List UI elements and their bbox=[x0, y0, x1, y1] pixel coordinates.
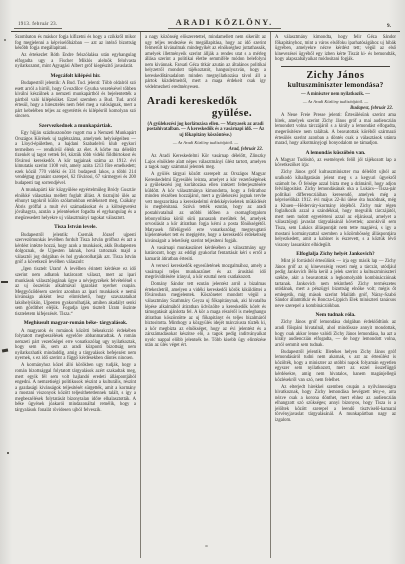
newspaper-page: 1913. február 23. ARADI KÖZLÖNY. 9. Szom… bbox=[0, 0, 405, 564]
body-paragraph: „Igen tisztelt Uram! A levélben érintett… bbox=[15, 267, 136, 317]
article-dateline: Arad, február 22. bbox=[145, 147, 263, 152]
body-paragraph: A munkapárti kör közgyülése egyértelmüle… bbox=[15, 188, 136, 221]
body-paragraph: Budapestről jelentik: Illetékes helyen Z… bbox=[275, 350, 396, 383]
body-paragraph: A magyarok és románok közötti békeakczió… bbox=[15, 329, 136, 362]
masthead-date: 1913. február 23. bbox=[14, 22, 62, 29]
body-paragraph: A Magyar Tudósitó, az események felől jó… bbox=[275, 158, 396, 169]
headline-line: Aradi kereskedők bbox=[145, 95, 266, 107]
body-paragraph: Zichy János gróf kultuszminiszter ma dél… bbox=[275, 170, 396, 248]
body-paragraph: A verseci kereskedők egyesületének mozga… bbox=[145, 264, 266, 281]
article-heading: Nem tudnak róla. bbox=[279, 312, 392, 318]
article-heading: Megcáfolt kilépési hir. bbox=[19, 73, 132, 79]
body-paragraph: a nagy közönség előszeretettel, mindamel… bbox=[145, 35, 266, 90]
article-heading: Tisza István levele. bbox=[19, 224, 132, 230]
body-paragraph: Domány Sándor tett ezután jelentést arró… bbox=[145, 282, 266, 349]
article-byline: — Az Aradi Közlöny tudósitójától. — bbox=[145, 140, 266, 145]
columns: Szombaton és máskor fogja kifizetni és h… bbox=[11, 32, 400, 558]
body-paragraph: Zichy János gróf lemondása dolgában érde… bbox=[275, 320, 396, 348]
article-subtitle: (A gyülekezési jog korlátozása ellen. — … bbox=[146, 122, 265, 139]
body-paragraph: A kormányhoz közel álló körökben ugy tud… bbox=[15, 363, 136, 413]
scan-artifact-dot bbox=[7, 452, 9, 454]
article-subtitle: — A miniszter nem nyilatkozik. — bbox=[276, 92, 395, 98]
headline-line: kultuszminiszter lemondása? bbox=[275, 81, 396, 90]
page-number: 9. bbox=[387, 23, 397, 29]
article-heading: Meghiusult magyar-román béke- tárgyaláso… bbox=[19, 320, 132, 326]
page-content: 1913. február 23. ARADI KÖZLÖNY. 9. Szom… bbox=[11, 16, 400, 558]
column-left: Szombaton és máskor fogja kifizetni és h… bbox=[11, 32, 140, 558]
scan-artifact-dot bbox=[4, 39, 6, 41]
headline-line: gyülése. bbox=[145, 107, 266, 119]
article-headline: Aradi kereskedők gyülése. bbox=[145, 95, 266, 119]
masthead: 1913. február 23. ARADI KÖZLÖNY. 9. bbox=[11, 16, 400, 32]
body-paragraph: A vasárnapi munkaszünet kérdésében a vál… bbox=[145, 246, 266, 263]
body-paragraph: Az Aradi Kereskedelmi Kör vasárnap délel… bbox=[145, 154, 266, 171]
section-divider bbox=[281, 66, 390, 67]
body-paragraph: Szombaton és máskor fogja kifizetni és h… bbox=[15, 35, 136, 52]
body-paragraph: Az értekezlet Róth Endre felszólalása ut… bbox=[15, 53, 136, 70]
article-headline: Zichy János kultuszminiszter lemondása? bbox=[275, 70, 396, 90]
body-paragraph: Egy hijján százhuszonötre rugott ma a Ne… bbox=[15, 131, 136, 186]
body-paragraph: A Neue Freie Presse jelenti: Értesülésün… bbox=[275, 113, 396, 146]
article-dateline: Budapest, február 22. bbox=[275, 106, 393, 111]
article-byline: — Az Aradi Közlöny tudósitójától. — bbox=[275, 99, 396, 104]
scan-artifact-mark bbox=[2, 348, 8, 352]
body-paragraph: Budapestről jelentik: Csernák József ujp… bbox=[15, 233, 136, 266]
body-paragraph: A választmány kimondta, hogy felir Géza … bbox=[275, 35, 396, 63]
scan-artifact-dash bbox=[1, 281, 8, 283]
article-heading: Szervezkednek a munkapártiak. bbox=[19, 123, 132, 129]
article-heading: Elfoglalja Zichy helyét Jankovich? bbox=[279, 251, 392, 257]
body-paragraph: Mint jó forrásból értesülünk — irja egy … bbox=[275, 259, 396, 309]
body-paragraph: A gyülés tárgyai között szerepelt az Ors… bbox=[145, 172, 266, 244]
article-heading: A lemondás küszöbén van. bbox=[279, 150, 392, 156]
column-right: A választmány kimondta, hogy felir Géza … bbox=[270, 32, 400, 558]
body-paragraph: Budapestről jelentik: A Bud. Tud. jelent… bbox=[15, 81, 136, 120]
body-paragraph: Az elterjedt hirekkel szemben csupán a n… bbox=[275, 385, 396, 424]
masthead-title: ARADI KÖZLÖNY. bbox=[168, 17, 281, 29]
column-middle: a nagy közönség előszeretettel, mindamel… bbox=[140, 32, 270, 558]
